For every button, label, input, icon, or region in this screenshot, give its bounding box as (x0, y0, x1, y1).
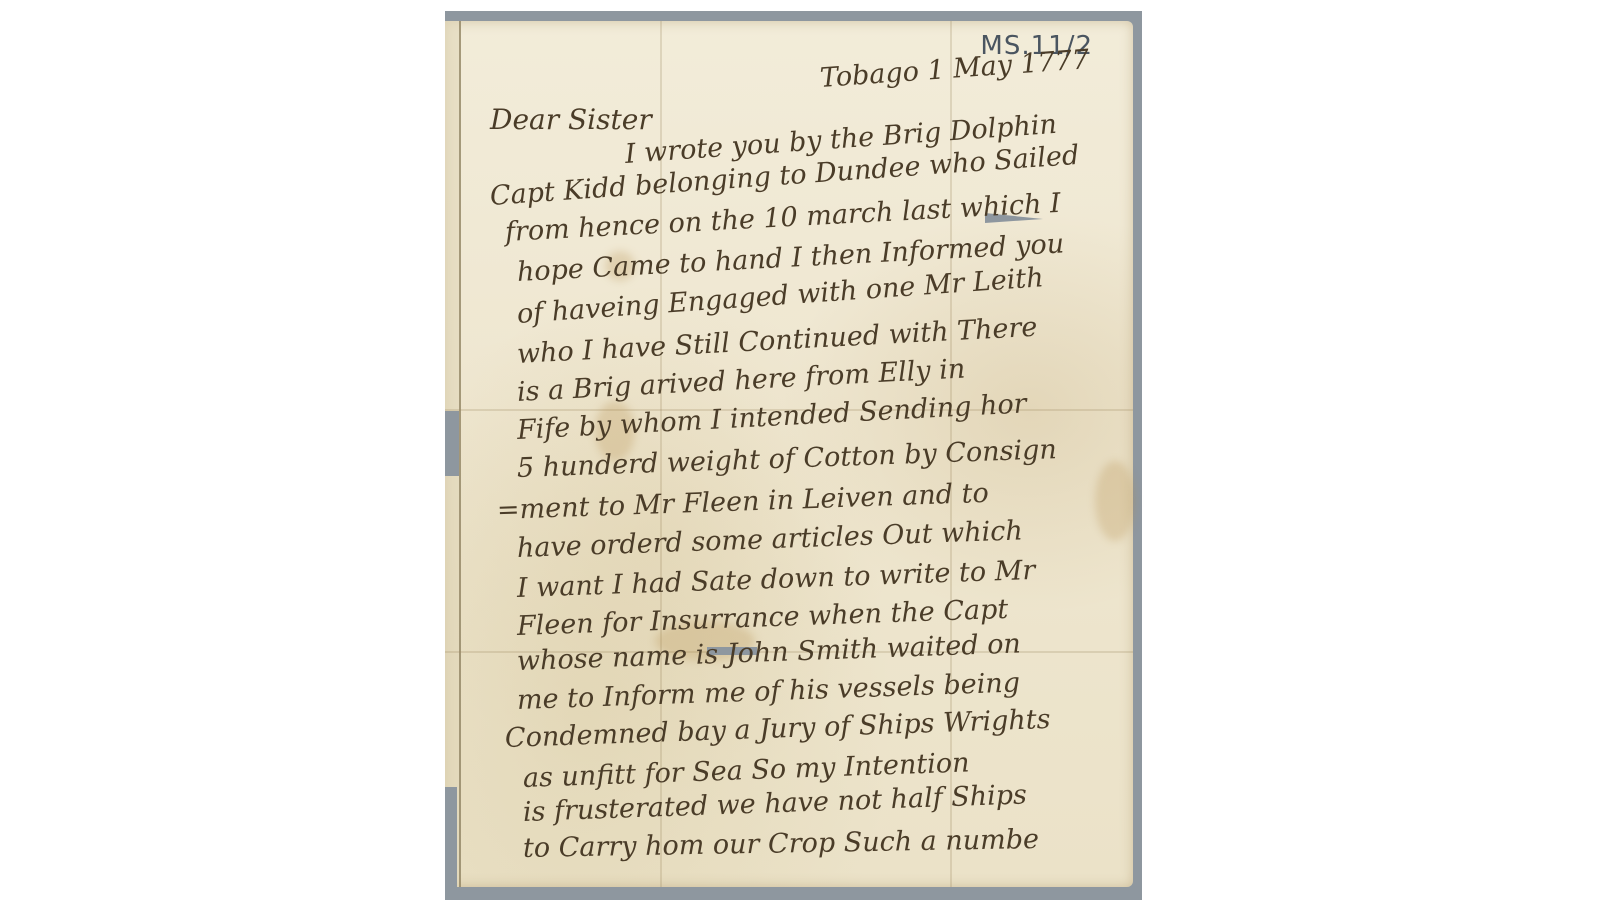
dateline: Tobago 1 May 1777 (819, 44, 1090, 94)
document-viewer: MS.11/2 Tobago 1 May 1777 Dear Sister I … (0, 0, 1600, 900)
letter-line: to Carry hom our Crop Such a numbe (523, 824, 1040, 864)
letter-text: Tobago 1 May 1777 Dear Sister I wrote yo… (445, 21, 1133, 887)
letter-page: MS.11/2 Tobago 1 May 1777 Dear Sister I … (445, 21, 1133, 887)
salutation: Dear Sister (490, 103, 652, 136)
